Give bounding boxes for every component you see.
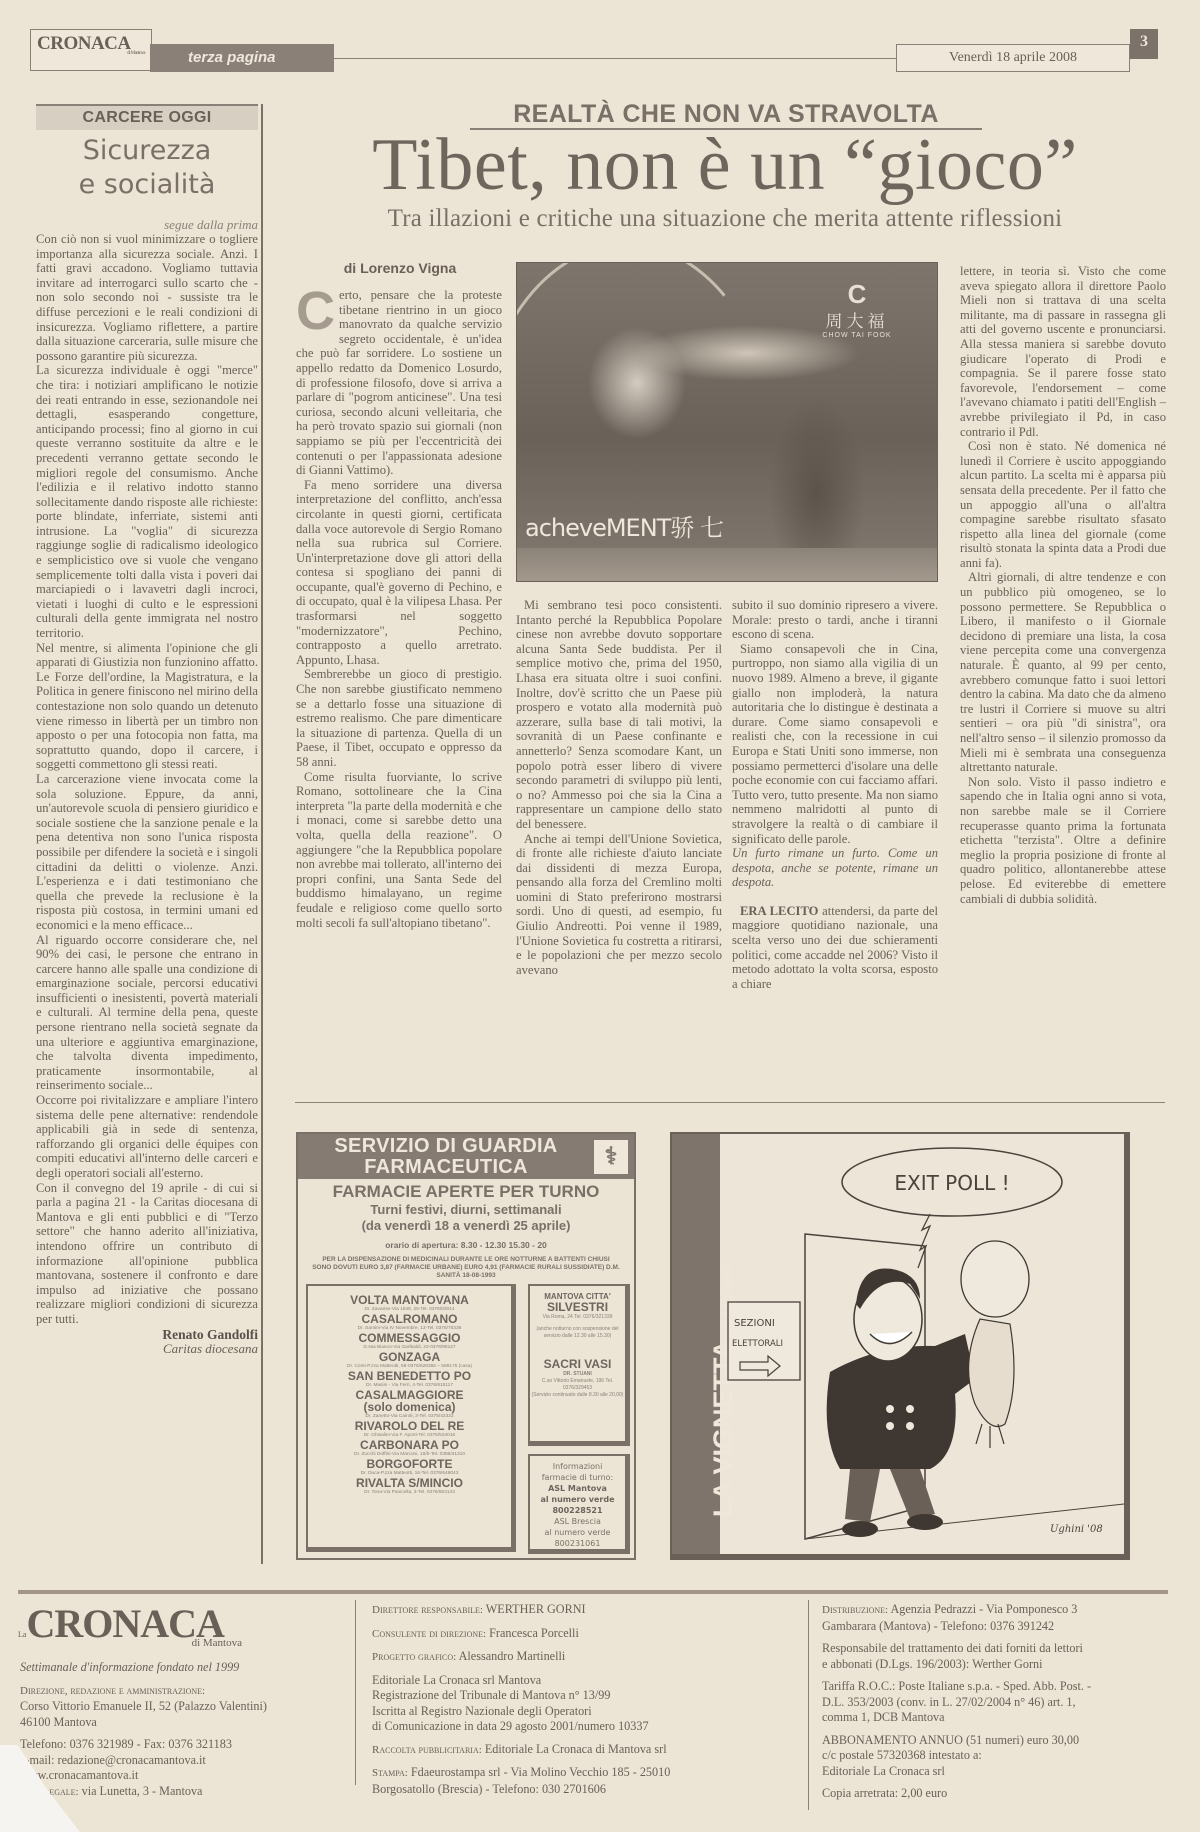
article-paragraph: Non solo. Visto il passo indietro e sape… (960, 775, 1166, 906)
sidebar-author: Renato Gandolfi (36, 1328, 258, 1343)
imprint-text: e abbonati (D.Lgs. 196/2003): Werther Go… (822, 1657, 1043, 1671)
sidebar-paragraph: La sicurezza individuale è oggi "merce" … (36, 363, 258, 640)
speech-text: EXIT POLL ! (894, 1171, 1009, 1195)
imprint-email-link[interactable]: e-mail: redazione@cronacamantova.it (20, 1753, 206, 1767)
imprint-contacts: Telefono: 0376 321989 - Fax: 0376 321183… (20, 1737, 350, 1800)
imprint-text: Tariffa R.O.C.: Poste Italiane s.p.a. - … (822, 1679, 1091, 1693)
info-asl: ASL Mantova (548, 1484, 607, 1493)
imprint-text: WERTHER GORNI (483, 1602, 586, 1616)
article-paragraph: Certo, pensare che la proteste tibetane … (296, 288, 502, 478)
imprint-text: Editoriale La Cronaca srl Mantova (372, 1673, 541, 1687)
sidebar-author-role: Caritas diocesana (36, 1342, 258, 1357)
brand-en: CHOW TAI FOOK (797, 332, 917, 339)
sidebar-title-line1: Sicurezza (36, 134, 258, 168)
imprint-logo: LaCRONACA di Mantova (18, 1600, 248, 1649)
imprint-tagline: Settimanale d'informazione fondato nel 1… (20, 1660, 350, 1676)
pharmacy-town: SAN BENEDETTO PO (308, 1370, 511, 1382)
section-divider (295, 1102, 1165, 1103)
pharmacy-city-box: MANTOVA CITTA' SILVESTRI Via Roma, 24 Te… (528, 1284, 630, 1446)
pharmacy-town: VOLTA MANTOVANA (308, 1294, 511, 1306)
info-asl: ASL Brescia (530, 1516, 625, 1527)
sidebar-paragraph: La carcerazione viene invocata come la s… (36, 772, 258, 933)
sidebar-paragraph: Nel mentre, si alimenta l'opinione che g… (36, 641, 258, 772)
imprint-label: Consulente di direzione: (372, 1628, 486, 1640)
photo-brand-logo: C 周大福 CHOW TAI FOOK (797, 281, 917, 339)
article-column-1: Certo, pensare che la proteste tibetane … (296, 288, 502, 930)
imprint-label: Progetto grafico: (372, 1651, 456, 1663)
pharmacy-town: BORGOFORTE (308, 1458, 511, 1470)
article-paragraph: Come risulta fuorviante, lo scrive Roman… (296, 770, 502, 931)
svg-text:ELETTORALI: ELETTORALI (732, 1339, 783, 1349)
imprint-text: Gambarara (Mantova) - Telefono: 0376 391… (822, 1619, 1054, 1633)
article-headline: Tibet, non è un “gioco” (295, 126, 1155, 204)
pharmacy-town: CARBONARA PO (308, 1439, 511, 1451)
header-logo-text: CRONACA (37, 33, 131, 54)
pharmacy-title-line1: SERVIZIO DI GUARDIA (298, 1136, 594, 1157)
pharmacy-city-note: (anche notturno con sospensione del serv… (530, 1326, 625, 1340)
cartoon-label-bar: LA VIGNETTAdi Ughini (672, 1134, 720, 1554)
article-paragraph: Mi sembrano tesi poco consistenti. Intan… (516, 598, 722, 832)
imprint-divider (355, 1600, 356, 1785)
issue-date: Venerdì 18 aprile 2008 (896, 44, 1130, 72)
sidebar-paragraph: Con ciò non si vuol minimizzare o toglie… (36, 232, 258, 363)
pharmacy-town: GONZAGA (308, 1351, 511, 1363)
imprint-divider (808, 1600, 809, 1810)
article-paragraph: Così non è stato. Né domenica né lunedì … (960, 439, 1166, 570)
subscription-price: ABBONAMENTO ANNUO (51 numeri) euro 30,00 (822, 1733, 1079, 1747)
cartoon-signature: Ughini '08 (1050, 1524, 1103, 1535)
sidebar-paragraph: Al riguardo occorre considerare che, nel… (36, 933, 258, 1094)
section-label: terza pagina (150, 44, 334, 72)
imprint-text: Alessandro Martinelli (456, 1649, 565, 1663)
pharmacy-town: RIVALTA S/MINCIO (308, 1477, 511, 1489)
article-paragraph: Siamo consapevoli che in Cina, purtroppo… (732, 642, 938, 846)
imprint-address: Direzione, redazione e amministrazione: … (20, 1683, 350, 1731)
brand-c-icon: C (797, 281, 917, 307)
article-paragraph: ERA LECITO attendersi, da parte del magg… (732, 904, 938, 992)
imprint-text: Editoriale La Cronaca srl (822, 1764, 945, 1778)
pharmacy-city-name: SACRI VASI (530, 1358, 625, 1371)
imprint-text: Corso Vittorio Emanuele II, 52 (Palazzo … (20, 1699, 267, 1713)
pharmacy-title-line2: FARMACEUTICA (298, 1157, 594, 1178)
article-paragraph: Sembrerebbe un gioco di prestigio. Che n… (296, 667, 502, 769)
imprint-text: comma 1, DCB Mantova (822, 1710, 945, 1724)
imprint-text: Francesca Porcelli (486, 1626, 579, 1640)
continued-from-front: segue dalla prima (36, 217, 258, 233)
header-rule (334, 58, 896, 59)
article-paragraph: lettere, in teoria sì. Visto che come av… (960, 264, 1166, 439)
imprint-text: Borgosatollo (Brescia) - Telefono: 030 2… (372, 1782, 606, 1796)
imprint-column-1: Settimanale d'informazione fondato nel 1… (20, 1660, 350, 1807)
pharmacy-town: COMMESSAGGIO (308, 1332, 511, 1344)
sidebar-body: Con ciò non si vuol minimizzare o toglie… (36, 232, 258, 1357)
pharmacy-city-name: SILVESTRI (530, 1301, 625, 1314)
pharmacy-town: CASALROMANO (308, 1313, 511, 1325)
sidebar-title-line2: e socialità (36, 168, 258, 202)
pharmacy-town-note: (solo domenica) (308, 1401, 511, 1413)
brand-cn: 周大福 (797, 307, 917, 332)
imprint-label: Distribuzione: (822, 1604, 888, 1616)
pharmacy-sub2: (da venerdì 18 a venerdì 25 aprile) (298, 1218, 634, 1233)
article-subhead: Tra illazioni e critiche una situazione … (295, 205, 1155, 233)
article-column-3: subito il suo dominio ripresero a vivere… (732, 598, 938, 991)
imprint-label: Direttore responsabile: (372, 1604, 483, 1616)
imprint-label: Stampa: (372, 1767, 408, 1779)
pharmacy-heading: FARMACIE APERTE PER TURNO (298, 1182, 634, 1202)
pharmacy-city-detail: C.so Vittorio Emanuele, 196 Tel. 0376/32… (530, 1378, 625, 1392)
imprint-column-2: Direttore responsabile: WERTHER GORNI Co… (372, 1602, 802, 1804)
imprint-text: Editoriale La Cronaca di Mantova srl (482, 1742, 667, 1756)
article-paragraph: Fa meno sorridere una diversa interpreta… (296, 478, 502, 668)
info-verde: al numero verde (540, 1495, 614, 1504)
imprint-text: di Comunicazione in data 29 agosto 2001/… (372, 1719, 649, 1733)
imprint-text: 46100 Mantova (20, 1715, 97, 1729)
article-column-2: Mi sembrano tesi poco consistenti. Intan… (516, 598, 722, 977)
article-column-4: lettere, in teoria sì. Visto che come av… (960, 264, 1166, 906)
photo-billboard-text: acheveMENT骄 七 (525, 508, 723, 543)
cartoon-illustration: EXIT POLL ! SEZIONI ELETTORALI Ughini '0… (720, 1134, 1124, 1554)
imprint-phone: Telefono: 0376 321989 - Fax: 0376 321183 (20, 1737, 232, 1751)
imprint-label: Raccolta pubblicitaria: (372, 1744, 482, 1756)
imprint-text: D.L. 353/2003 (conv. in L. 27/02/2004 n°… (822, 1695, 1076, 1709)
imprint-text: Iscritta al Registro Nazionale degli Ope… (372, 1704, 592, 1718)
article-paragraph: Anche ai tempi dell'Unione Sovietica, di… (516, 832, 722, 978)
svg-text:SEZIONI: SEZIONI (734, 1318, 775, 1329)
sidebar-kicker: CARCERE OGGI (36, 104, 258, 130)
section-lead: ERA LECITO (740, 904, 818, 918)
back-copy-price: Copia arretrata: 2,00 euro (822, 1786, 1172, 1802)
pharmacy-detail: Dr. Tona-Via Panicella, 3-Tel. 0376/6531… (308, 1489, 511, 1496)
article-paragraph: Altri giornali, di altre tendenze e con … (960, 570, 1166, 774)
imprint-rule (18, 1590, 1168, 1594)
pharmacy-city-doctor: DR. STUANI (530, 1371, 625, 1378)
sidebar-title: Sicurezza e socialità (36, 134, 258, 202)
imprint-text: via Lunetta, 3 - Mantova (79, 1784, 203, 1798)
pharmacy-town: RIVAROLO DEL RE (308, 1420, 511, 1432)
article-byline: di Lorenzo Vigna (300, 260, 500, 276)
pharmacy-box: SERVIZIO DI GUARDIA FARMACEUTICA ⚕ FARMA… (296, 1132, 636, 1560)
caduceus-icon: ⚕ (594, 1140, 628, 1174)
pharmacy-notice: PER LA DISPENSAZIONE DI MEDICINALI DURAN… (298, 1256, 634, 1280)
page-number: 3 (1130, 29, 1158, 59)
drop-cap: C (296, 290, 335, 332)
imprint-text: Agenzia Pedrazzi - Via Pomponesco 3 (888, 1602, 1077, 1616)
pharmacy-hours: orario di apertura: 8.30 - 12.30 15.30 -… (298, 1240, 634, 1250)
info-phone-number: 800228521 (552, 1506, 602, 1515)
imprint-text: Responsabile del trattamento dei dati fo… (822, 1641, 1083, 1655)
info-line: Informazioni (530, 1461, 625, 1472)
pharmacy-sub1: Turni festivi, diurni, settimanali (298, 1202, 634, 1217)
sidebar-paragraph: Occorre poi rivitalizzare e ampliare l'i… (36, 1093, 258, 1181)
pharmacy-town-list: VOLTA MANTOVANA Dr. Zavarise-Via 1848, 2… (306, 1284, 516, 1552)
pharmacy-info-box: Informazioni farmacie di turno: ASL Mant… (528, 1454, 630, 1554)
photo-ground (517, 548, 937, 582)
imprint-text: Fdaeurostampa srl - Via Molino Vecchio 1… (408, 1765, 671, 1779)
imprint-label: Direzione, redazione e amministrazione: (20, 1685, 205, 1697)
pharmacy-city-detail: Via Roma, 24 Tel. 0376/321339 (530, 1314, 625, 1321)
article-paragraph: subito il suo dominio ripresero a vivere… (732, 598, 938, 642)
pharmacy-city-note: (Servizio continuato dalle 8.30 alle 20,… (530, 1392, 625, 1399)
info-verde: al numero verde (530, 1527, 625, 1538)
info-phone-number: 800231061 (530, 1538, 625, 1549)
article-paragraph: Un furto rimane un furto. Come un despot… (732, 846, 938, 890)
imprint-text: c/c postale 57320368 intestato a: (822, 1748, 982, 1762)
info-line: farmacie di turno: (530, 1472, 625, 1483)
imprint-column-3: Distribuzione: Agenzia Pedrazzi - Via Po… (822, 1602, 1172, 1809)
cartoon-box: LA VIGNETTAdi Ughini EXIT POLL ! SEZIONI… (670, 1132, 1130, 1560)
imprint-text: Registrazione del Tribunale di Mantova n… (372, 1688, 610, 1702)
sidebar-paragraph: Con il convegno del 19 aprile - di cui s… (36, 1181, 258, 1327)
pharmacy-title: SERVIZIO DI GUARDIA FARMACEUTICA (298, 1134, 634, 1179)
header-logo: CRONACA di Mantova (30, 29, 152, 71)
article-photo: C 周大福 CHOW TAI FOOK acheveMENT骄 七 (516, 262, 938, 582)
